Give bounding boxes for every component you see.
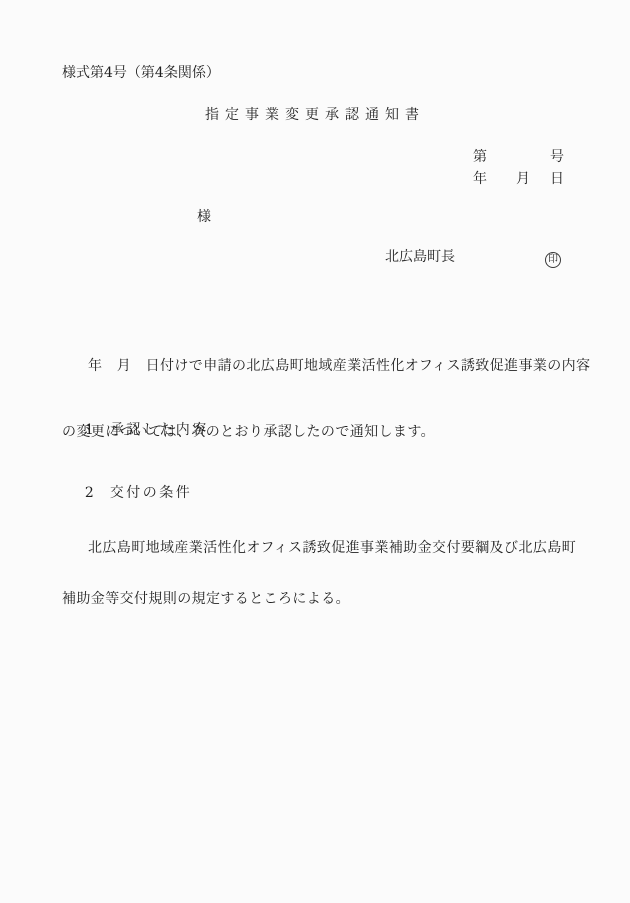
reference-number-suffix: 号 (550, 147, 564, 167)
item-1-number: 1 (85, 420, 110, 440)
addressee-honorific: 様 (197, 207, 211, 227)
item-1-label: 承認した内容 (110, 422, 209, 438)
body-paragraph: 年 月 日付けで申請の北広島町地域産業活性化オフィス誘致促進事業の内容 の変更に… (62, 311, 590, 487)
item-2-label: 交付の条件 (110, 485, 193, 501)
item-2-body-line-2: 補助金等交付規則の規定するところによる。 (62, 591, 576, 608)
body-paragraph-line-1: 年 月 日付けで申請の北広島町地域産業活性化オフィス誘致促進事業の内容 (62, 355, 590, 377)
date-year-label: 年 (473, 169, 487, 189)
document-title: 指定事業変更承認通知書 (0, 105, 630, 125)
document-page: 様式第4号（第4条関係） 指定事業変更承認通知書 第 号 年 月 日 様 北広島… (0, 0, 630, 903)
seal-text: 印 (548, 255, 558, 265)
date-day-label: 日 (550, 169, 564, 189)
item-2-number: 2 (85, 483, 110, 503)
item-1: 1承認した内容 (67, 400, 209, 460)
item-2-body-line-1: 北広島町地域産業活性化オフィス誘致促進事業補助金交付要綱及び北広島町 (62, 540, 576, 557)
item-2-body: 北広島町地域産業活性化オフィス誘致促進事業補助金交付要綱及び北広島町 補助金等交… (62, 506, 576, 642)
date-month-label: 月 (516, 169, 530, 189)
reference-number-prefix: 第 (473, 147, 487, 167)
issuer-title: 北広島町長 (385, 247, 455, 267)
seal-icon: 印 (545, 252, 561, 268)
form-number: 様式第4号（第4条関係） (62, 63, 220, 83)
